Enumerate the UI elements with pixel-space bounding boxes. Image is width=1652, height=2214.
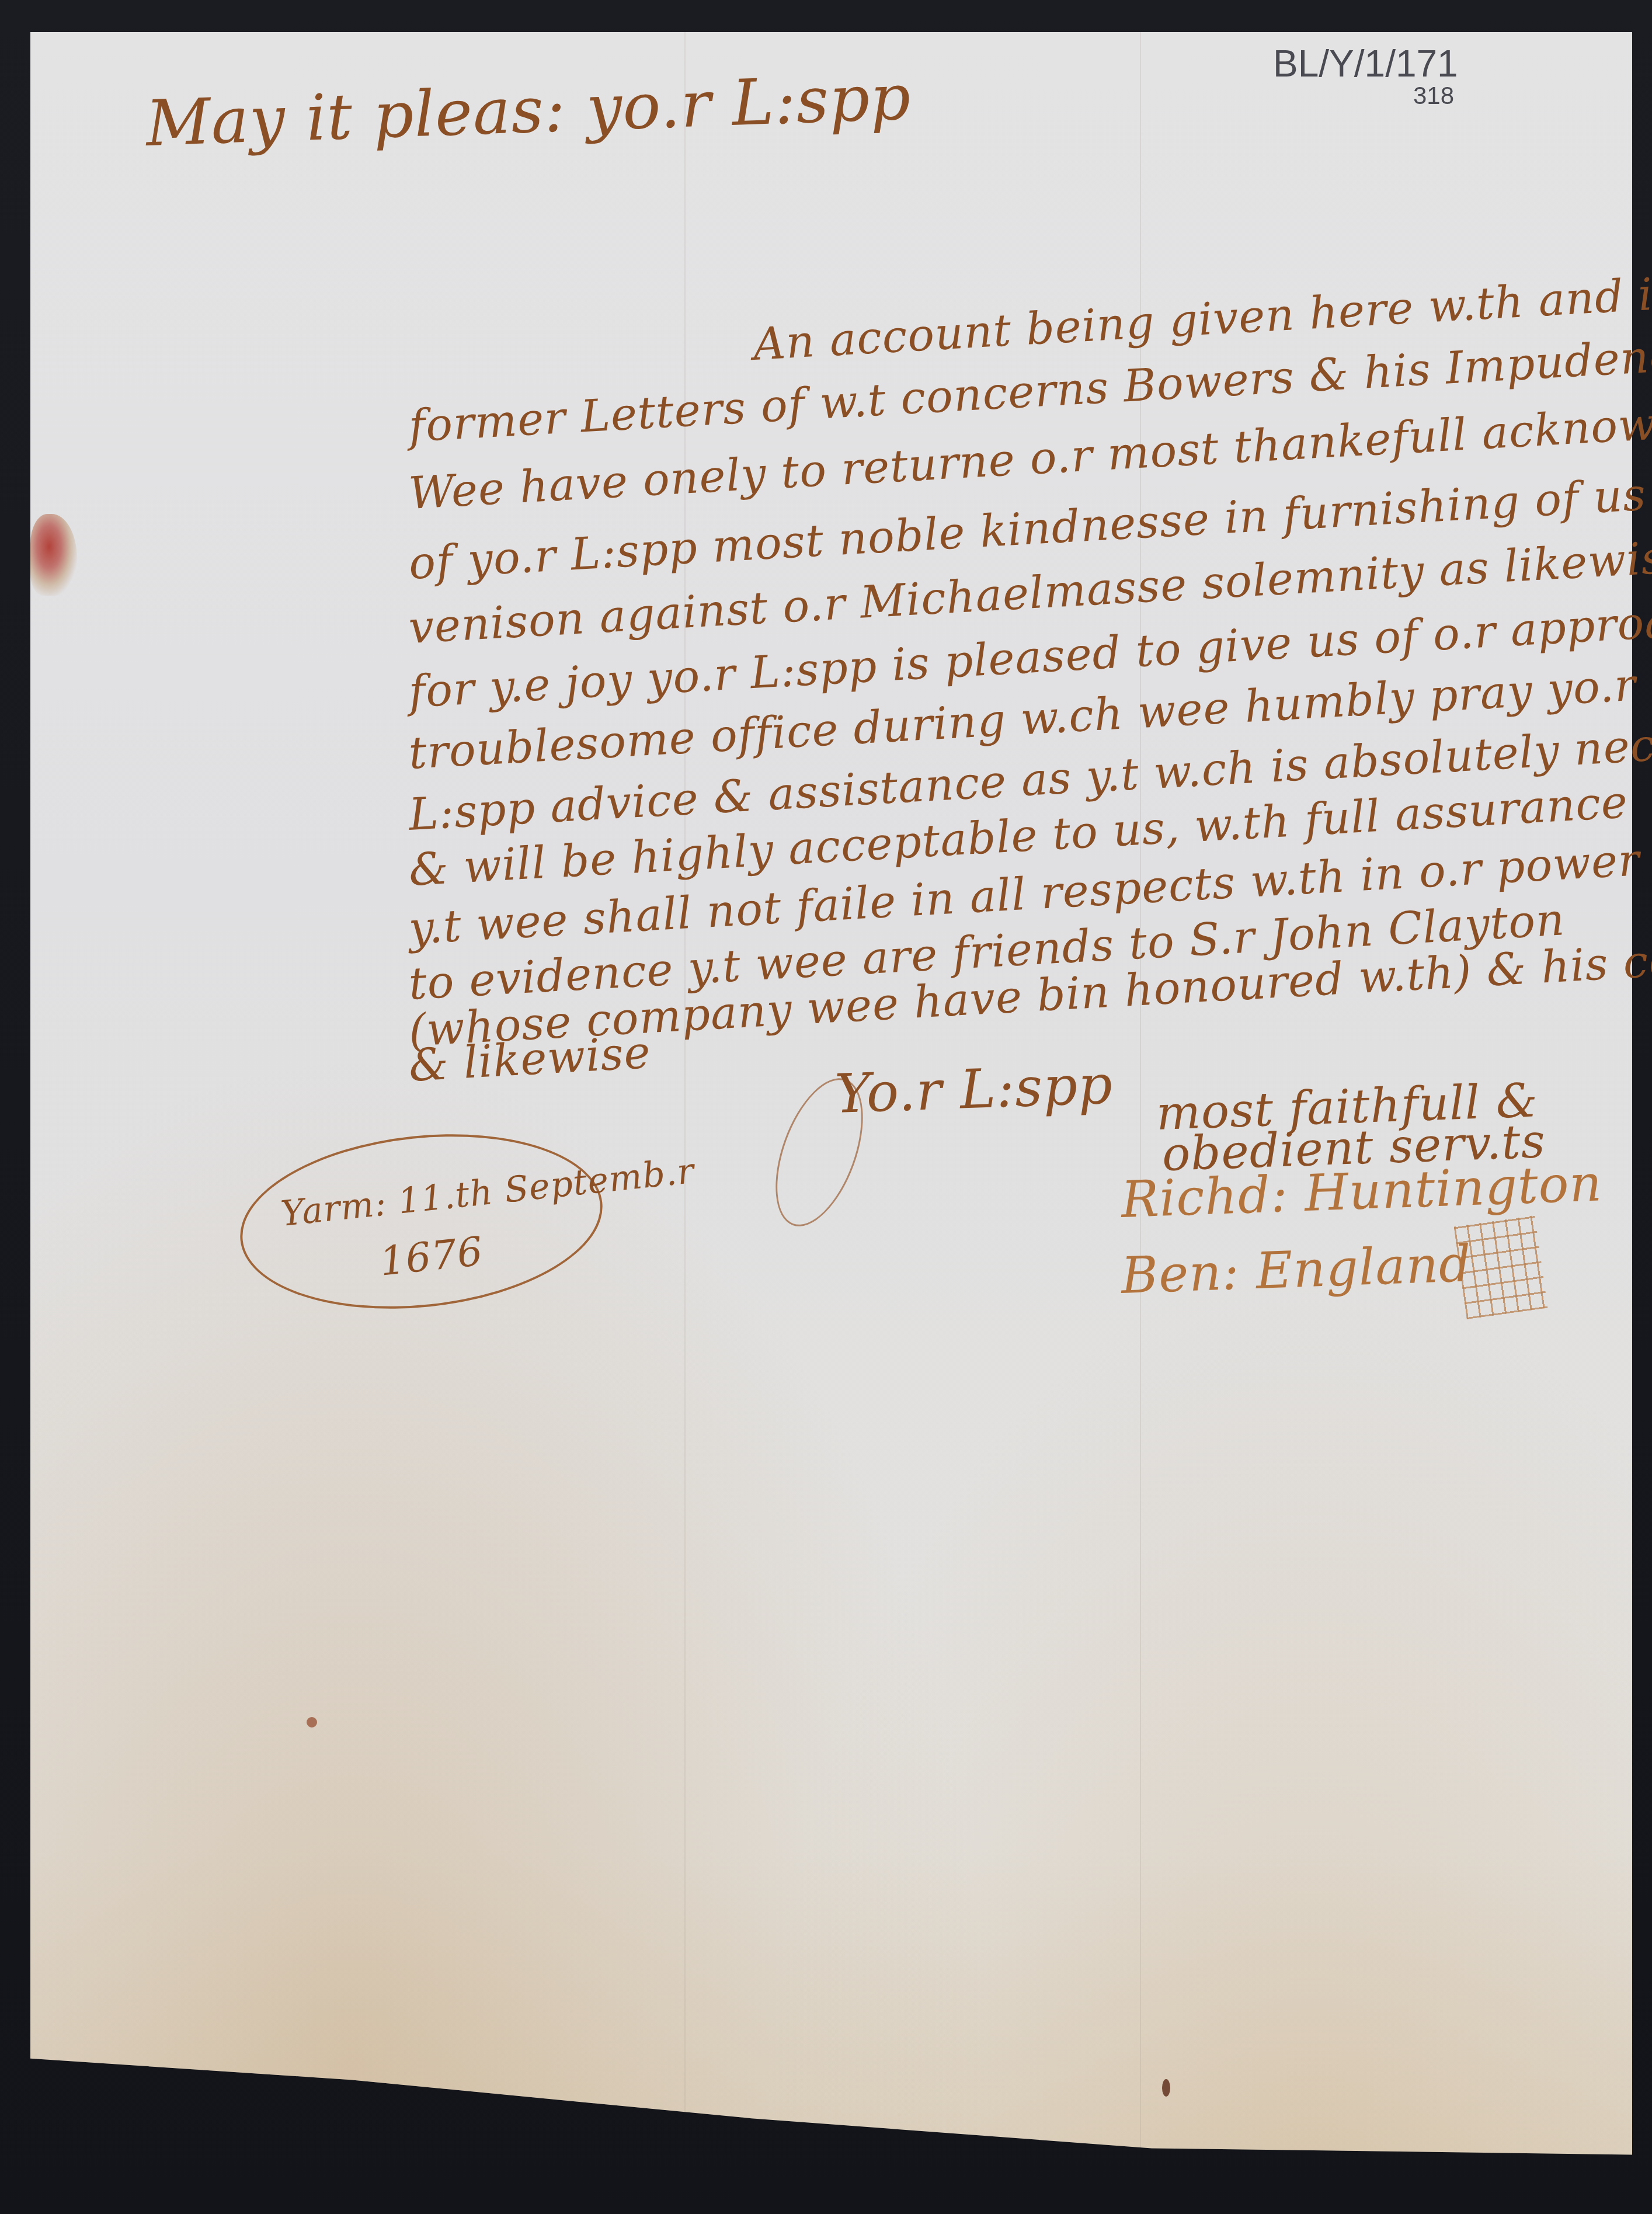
ink-spot [307,1717,317,1728]
folio-number: 318 [1413,82,1454,110]
ink-spot [1162,2079,1170,2097]
paper-fold-line [684,32,686,2170]
signature-flourish [1454,1215,1548,1319]
closing-address: Yo.r L:spp [834,1053,1114,1125]
signature-england: Ben: England [1120,1235,1472,1305]
archive-reference: BL/Y/1/171 [1273,42,1458,85]
date-year: 1676 [378,1228,485,1285]
paper-fold-line [1140,32,1141,2170]
